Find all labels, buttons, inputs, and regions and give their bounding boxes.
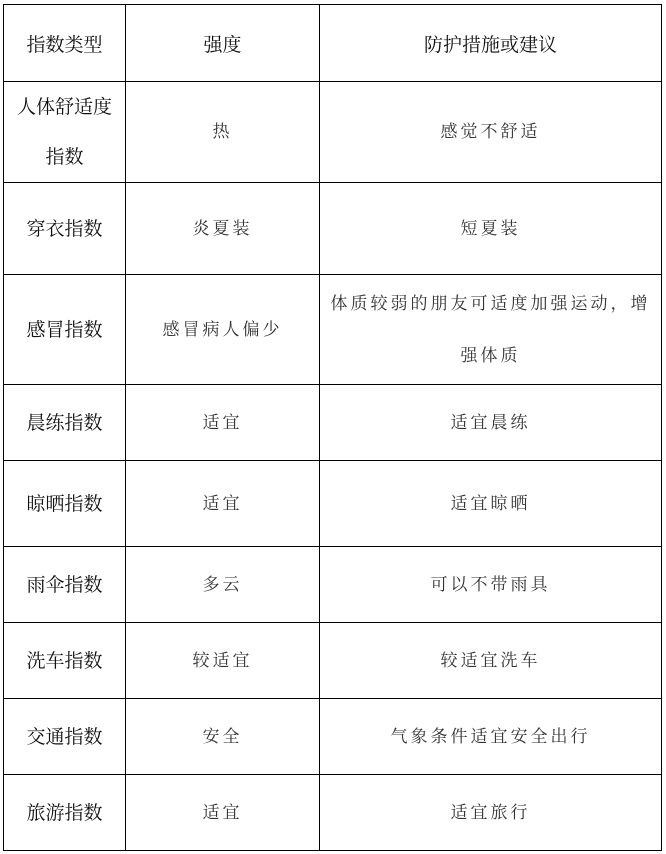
- header-level: 强度: [126, 5, 320, 82]
- level-cell: 多云: [126, 547, 320, 623]
- level-cell: 适宜: [126, 775, 320, 851]
- index-type-cell: 雨伞指数: [4, 547, 126, 623]
- advice-cell: 较适宜洗车: [320, 623, 662, 699]
- table-row: 人体舒适度指数 热 感觉不舒适: [4, 82, 662, 183]
- index-type-cell: 旅游指数: [4, 775, 126, 851]
- table-row: 晾晒指数 适宜 适宜晾晒: [4, 461, 662, 547]
- header-advice: 防护措施或建议: [320, 5, 662, 82]
- header-index-type: 指数类型: [4, 5, 126, 82]
- table-row: 交通指数 安全 气象条件适宜安全出行: [4, 699, 662, 775]
- level-cell: 感冒病人偏少: [126, 275, 320, 385]
- advice-cell: 适宜旅行: [320, 775, 662, 851]
- level-cell: 适宜: [126, 461, 320, 547]
- level-cell: 热: [126, 82, 320, 183]
- advice-cell: 适宜晨练: [320, 385, 662, 461]
- table-row: 雨伞指数 多云 可以不带雨具: [4, 547, 662, 623]
- level-cell: 安全: [126, 699, 320, 775]
- table-row: 晨练指数 适宜 适宜晨练: [4, 385, 662, 461]
- advice-cell: 体质较弱的朋友可适度加强运动，增强体质: [320, 275, 662, 385]
- index-type-cell: 洗车指数: [4, 623, 126, 699]
- index-type-cell: 感冒指数: [4, 275, 126, 385]
- weather-index-table: 指数类型 强度 防护措施或建议 人体舒适度指数 热 感觉不舒适 穿衣指数 炎夏装…: [3, 4, 662, 851]
- index-type-cell: 晾晒指数: [4, 461, 126, 547]
- index-type-cell: 穿衣指数: [4, 183, 126, 275]
- index-type-cell: 交通指数: [4, 699, 126, 775]
- index-type-cell: 人体舒适度指数: [4, 82, 126, 183]
- header-row: 指数类型 强度 防护措施或建议: [4, 5, 662, 82]
- advice-cell: 短夏装: [320, 183, 662, 275]
- index-type-cell: 晨练指数: [4, 385, 126, 461]
- table-row: 穿衣指数 炎夏装 短夏装: [4, 183, 662, 275]
- table-row: 旅游指数 适宜 适宜旅行: [4, 775, 662, 851]
- level-cell: 适宜: [126, 385, 320, 461]
- table-row: 感冒指数 感冒病人偏少 体质较弱的朋友可适度加强运动，增强体质: [4, 275, 662, 385]
- advice-cell: 气象条件适宜安全出行: [320, 699, 662, 775]
- table-row: 洗车指数 较适宜 较适宜洗车: [4, 623, 662, 699]
- level-cell: 较适宜: [126, 623, 320, 699]
- advice-cell: 适宜晾晒: [320, 461, 662, 547]
- level-cell: 炎夏装: [126, 183, 320, 275]
- advice-cell: 感觉不舒适: [320, 82, 662, 183]
- advice-cell: 可以不带雨具: [320, 547, 662, 623]
